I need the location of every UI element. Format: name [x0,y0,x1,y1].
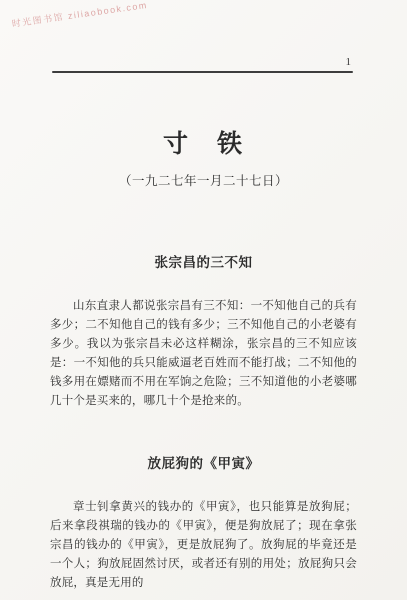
section-paragraph: 章士钊拿黄兴的钱办的《甲寅》，也只能算是放狗屁；后来拿段祺瑞的钱办的《甲寅》，便… [50,498,357,593]
scanned-book-page: 时光图书馆 ziliaobook.com 1 寸 铁 （一九二七年一月二十七日）… [0,0,407,600]
page-content: 寸 铁 （一九二七年一月二十七日） 张宗昌的三不知 山东直隶人都说张宗昌有三不知… [50,0,357,593]
section-jiayin: 放屁狗的《甲寅》 章士钊拿黄兴的钱办的《甲寅》，也只能算是放狗屁；后来拿段祺瑞的… [50,452,357,593]
section-zhang-zongchang: 张宗昌的三不知 山东直隶人都说张宗昌有三不知：一不知他自己的兵有多少；二不知他自… [50,251,357,411]
article-title: 寸 铁 [50,130,357,160]
section-heading: 张宗昌的三不知 [50,251,357,271]
article-date: （一九二七年一月二十七日） [50,171,357,189]
section-heading: 放屁狗的《甲寅》 [50,452,357,472]
section-paragraph: 山东直隶人都说张宗昌有三不知：一不知他自己的兵有多少；二不知他自己的钱有多少；三… [50,297,357,411]
